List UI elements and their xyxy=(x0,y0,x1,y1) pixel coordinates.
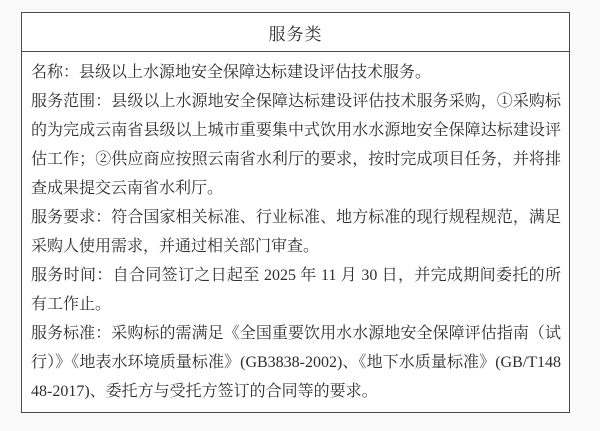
service-category-table: 服务类 名称：县级以上水源地安全保障达标建设评估技术服务。 服务范围：县级以上水… xyxy=(21,12,570,413)
paragraph-name: 名称：县级以上水源地安全保障达标建设评估技术服务。 xyxy=(31,58,561,87)
paragraph-service-time: 服务时间：自合同签订之日起至 2025 年 11 月 30 日，并完成期间委托的… xyxy=(31,261,561,319)
table-header-service-category: 服务类 xyxy=(22,13,569,52)
document-page: 服务类 名称：县级以上水源地安全保障达标建设评估技术服务。 服务范围：县级以上水… xyxy=(0,0,600,431)
paragraph-service-requirements: 服务要求：符合国家相关标准、行业标准、地方标准的现行规程规范，满足采购人使用需求… xyxy=(31,203,561,261)
paragraph-service-scope: 服务范围：县级以上水源地安全保障达标建设评估技术服务采购，①采购标的为完成云南省… xyxy=(31,87,561,203)
table-body-cell: 名称：县级以上水源地安全保障达标建设评估技术服务。 服务范围：县级以上水源地安全… xyxy=(22,52,569,412)
paragraph-service-standards: 服务标准：采购标的需满足《全国重要饮用水水源地安全保障评估指南（试行）》《地表水… xyxy=(31,319,561,406)
